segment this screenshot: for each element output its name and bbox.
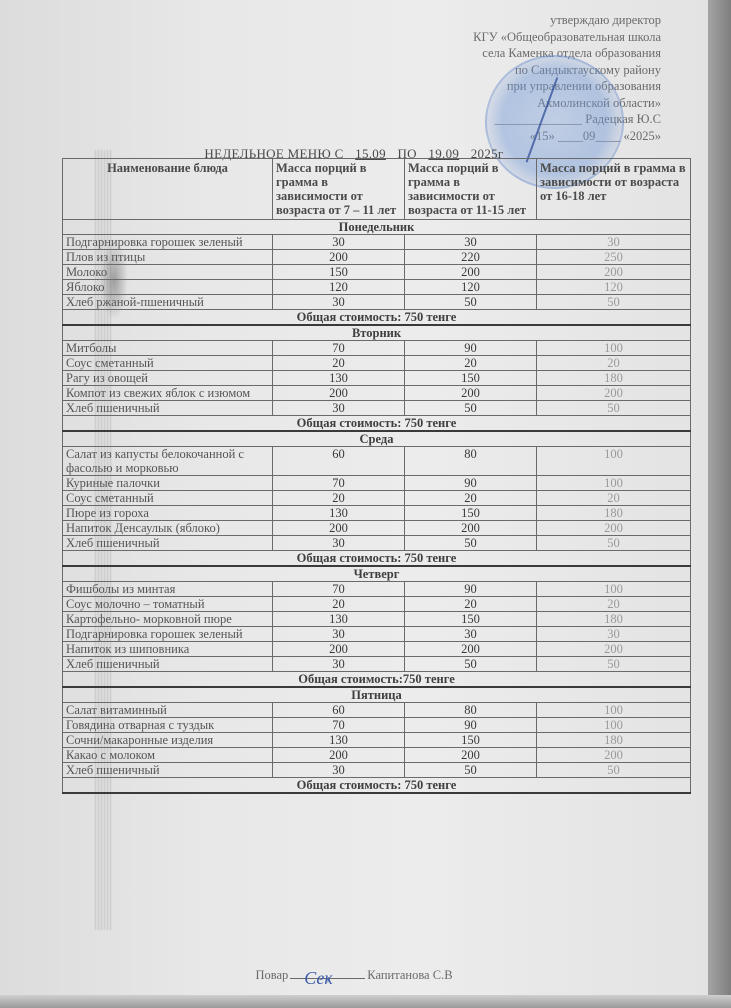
dish-name: Пюре из гороха [63,506,273,521]
portion-16-18: 50 [537,401,691,416]
table-row: Соус сметанный202020 [63,491,691,506]
portion-16-18: 50 [537,295,691,310]
table-row: Пюре из гороха130150180 [63,506,691,521]
table-row: Соус сметанный202020 [63,356,691,371]
portion-11-15: 30 [405,627,537,642]
portion-16-18: 30 [537,627,691,642]
portion-16-18: 20 [537,356,691,371]
portion-11-15: 150 [405,612,537,627]
header-age-11-15: Масса порций в грамма в зависимости от в… [405,159,537,220]
day-heading: Пятница [63,687,691,703]
portion-7-11: 200 [273,250,405,265]
total-row: Общая стоимость: 750 тенге [63,310,691,326]
header-dish-name: Наименование блюда [63,159,273,220]
table-row: Хлеб пшеничный305050 [63,763,691,778]
total-cost: Общая стоимость: 750 тенге [63,778,691,794]
total-row: Общая стоимость:750 тенге [63,672,691,688]
total-row: Общая стоимость: 750 тенге [63,416,691,432]
dish-name: Подгарнировка горошек зеленый [63,627,273,642]
total-cost: Общая стоимость: 750 тенге [63,310,691,326]
portion-16-18: 50 [537,763,691,778]
day-heading: Среда [63,431,691,447]
day-row: Понедельник [63,220,691,235]
portion-16-18: 100 [537,447,691,476]
portion-7-11: 30 [273,536,405,551]
total-cost: Общая стоимость: 750 тенге [63,416,691,432]
portion-7-11: 70 [273,476,405,491]
portion-11-15: 50 [405,401,537,416]
portion-11-15: 20 [405,491,537,506]
portion-16-18: 200 [537,265,691,280]
portion-16-18: 200 [537,521,691,536]
table-row: Яблоко120120120 [63,280,691,295]
portion-7-11: 200 [273,642,405,657]
portion-11-15: 200 [405,265,537,280]
portion-7-11: 30 [273,657,405,672]
day-heading: Четверг [63,566,691,582]
portion-16-18: 200 [537,642,691,657]
table-row: Салат из капусты белокочанной с фасолью … [63,447,691,476]
total-row: Общая стоимость: 750 тенге [63,778,691,794]
portion-11-15: 200 [405,521,537,536]
dish-name: Компот из свежих яблок с изюмом [63,386,273,401]
portion-11-15: 150 [405,506,537,521]
table-row: Напиток Денсаулык (яблоко)200200200 [63,521,691,536]
table-row: Рагу из овощей130150180 [63,371,691,386]
portion-11-15: 220 [405,250,537,265]
portion-11-15: 90 [405,476,537,491]
portion-7-11: 30 [273,627,405,642]
day-row: Вторник [63,325,691,341]
dish-name: Митболы [63,341,273,356]
header-age-7-11: Масса порций в грамма в зависимости от в… [273,159,405,220]
signature-line: Сеҝ [290,978,365,979]
portion-16-18: 100 [537,476,691,491]
dish-name: Напиток из шиповника [63,642,273,657]
menu-table: Наименование блюда Масса порций в грамма… [62,158,691,794]
table-row: Хлеб пшеничный305050 [63,401,691,416]
portion-7-11: 30 [273,401,405,416]
background-edge [708,0,731,1008]
portion-16-18: 180 [537,612,691,627]
day-heading: Понедельник [63,220,691,235]
portion-7-11: 120 [273,280,405,295]
portion-7-11: 30 [273,235,405,250]
portion-7-11: 60 [273,703,405,718]
portion-16-18: 180 [537,371,691,386]
table-header-row: Наименование блюда Масса порций в грамма… [63,159,691,220]
dish-name: Плов из птицы [63,250,273,265]
table-row: Куриные палочки7090100 [63,476,691,491]
portion-16-18: 200 [537,748,691,763]
day-heading: Вторник [63,325,691,341]
portion-7-11: 200 [273,748,405,763]
portion-7-11: 130 [273,506,405,521]
portion-16-18: 100 [537,341,691,356]
portion-11-15: 50 [405,763,537,778]
total-cost: Общая стоимость:750 тенге [63,672,691,688]
dish-name: Хлеб ржаной-пшеничный [63,295,273,310]
cook-label: Повар [255,968,288,982]
cook-signature-line: ПоварСеҝКапитанова С.В [0,968,708,983]
approval-line: утверждаю директор [473,12,661,29]
dish-name: Соус сметанный [63,491,273,506]
cook-name: Капитанова С.В [367,968,452,982]
portion-11-15: 150 [405,371,537,386]
table-row: Подгарнировка горошек зеленый303030 [63,235,691,250]
portion-11-15: 80 [405,703,537,718]
portion-11-15: 120 [405,280,537,295]
dish-name: Хлеб пшеничный [63,401,273,416]
background-bottom [0,995,731,1008]
portion-16-18: 100 [537,718,691,733]
portion-11-15: 20 [405,597,537,612]
portion-7-11: 130 [273,733,405,748]
portion-11-15: 50 [405,536,537,551]
portion-7-11: 130 [273,371,405,386]
portion-11-15: 90 [405,582,537,597]
approval-line: КГУ «Общеобразовательная школа [473,29,661,46]
portion-7-11: 200 [273,521,405,536]
portion-11-15: 50 [405,295,537,310]
table-row: Подгарнировка горошек зеленый303030 [63,627,691,642]
portion-7-11: 200 [273,386,405,401]
dish-name: Яблоко [63,280,273,295]
portion-7-11: 70 [273,341,405,356]
portion-11-15: 150 [405,733,537,748]
table-row: Хлеб пшеничный305050 [63,657,691,672]
portion-16-18: 200 [537,386,691,401]
table-row: Компот из свежих яблок с изюмом200200200 [63,386,691,401]
portion-16-18: 20 [537,597,691,612]
dish-name: Салат из капусты белокочанной с фасолью … [63,447,273,476]
dish-name: Соус сметанный [63,356,273,371]
table-row: Митболы7090100 [63,341,691,356]
table-row: Какао с молоком200200200 [63,748,691,763]
dish-name: Молоко [63,265,273,280]
portion-11-15: 200 [405,642,537,657]
dish-name: Хлеб пшеничный [63,763,273,778]
portion-7-11: 70 [273,718,405,733]
portion-7-11: 30 [273,763,405,778]
dish-name: Хлеб пшеничный [63,657,273,672]
portion-11-15: 50 [405,657,537,672]
table-row: Соус молочно – томатный202020 [63,597,691,612]
table-row: Салат витаминный6080100 [63,703,691,718]
day-row: Четверг [63,566,691,582]
dish-name: Подгарнировка горошек зеленый [63,235,273,250]
portion-7-11: 20 [273,356,405,371]
day-row: Пятница [63,687,691,703]
dish-name: Напиток Денсаулык (яблоко) [63,521,273,536]
dish-name: Говядина отварная с туздык [63,718,273,733]
portion-7-11: 20 [273,491,405,506]
portion-11-15: 200 [405,748,537,763]
dish-name: Соус молочно – томатный [63,597,273,612]
dish-name: Салат витаминный [63,703,273,718]
dish-name: Хлеб пшеничный [63,536,273,551]
portion-11-15: 30 [405,235,537,250]
dish-name: Какао с молоком [63,748,273,763]
portion-7-11: 30 [273,295,405,310]
portion-16-18: 100 [537,703,691,718]
table-row: Фишболы из минтая7090100 [63,582,691,597]
portion-16-18: 180 [537,506,691,521]
dish-name: Сочни/макаронные изделия [63,733,273,748]
portion-11-15: 90 [405,341,537,356]
table-row: Хлеб пшеничный305050 [63,536,691,551]
table-row: Напиток из шиповника200200200 [63,642,691,657]
header-age-16-18: Масса порций в грамма в зависимости от в… [537,159,691,220]
portion-7-11: 20 [273,597,405,612]
portion-16-18: 250 [537,250,691,265]
portion-16-18: 100 [537,582,691,597]
portion-7-11: 150 [273,265,405,280]
portion-11-15: 200 [405,386,537,401]
portion-7-11: 130 [273,612,405,627]
portion-11-15: 90 [405,718,537,733]
table-row: Картофельно- морковной пюре130150180 [63,612,691,627]
portion-16-18: 20 [537,491,691,506]
portion-16-18: 30 [537,235,691,250]
portion-7-11: 70 [273,582,405,597]
dish-name: Картофельно- морковной пюре [63,612,273,627]
portion-7-11: 60 [273,447,405,476]
cook-signature-icon: Сеҝ [304,968,333,989]
dish-name: Куриные палочки [63,476,273,491]
dish-name: Рагу из овощей [63,371,273,386]
portion-11-15: 80 [405,447,537,476]
portion-11-15: 20 [405,356,537,371]
table-row: Хлеб ржаной-пшеничный305050 [63,295,691,310]
total-row: Общая стоимость: 750 тенге [63,551,691,567]
table-row: Сочни/макаронные изделия130150180 [63,733,691,748]
table-row: Плов из птицы200220250 [63,250,691,265]
table-row: Молоко150200200 [63,265,691,280]
portion-16-18: 50 [537,657,691,672]
table-row: Говядина отварная с туздык7090100 [63,718,691,733]
day-row: Среда [63,431,691,447]
portion-16-18: 180 [537,733,691,748]
dish-name: Фишболы из минтая [63,582,273,597]
portion-16-18: 50 [537,536,691,551]
portion-16-18: 120 [537,280,691,295]
total-cost: Общая стоимость: 750 тенге [63,551,691,567]
